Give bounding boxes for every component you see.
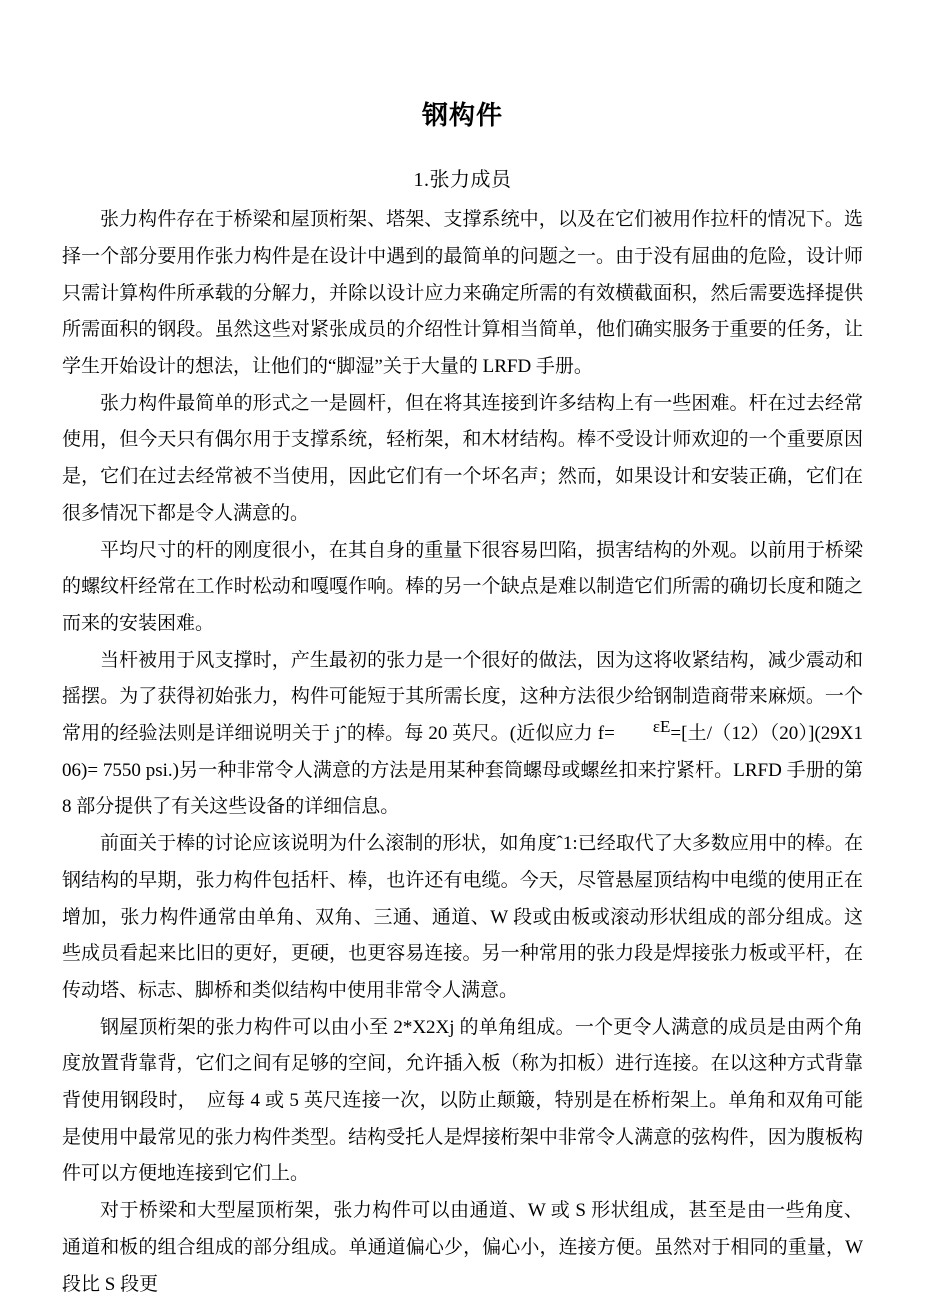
paragraph-2: 张力构件最简单的形式之一是圆杆，但在将其连接到许多结构上有一些困难。杆在过去经常… [62,386,863,533]
document-page: 钢构件 1.张力成员 张力构件存在于桥梁和屋顶桁架、塔架、支撑系统中，以及在它们… [0,0,925,1309]
paragraph-3: 平均尺寸的杆的刚度很小，在其自身的重量下很容易凹陷，损害结构的外观。以前用于桥梁… [62,533,863,643]
page-title: 钢构件 [62,0,863,132]
paragraph-4: 当杆被用于风支撑时，产生最初的张力是一个很好的做法，因为这将收紧结构，减少震动和… [62,643,863,827]
paragraph-5: 前面关于棒的讨论应该说明为什么滚制的形状，如角度ˆ1:已经取代了大多数应用中的棒… [62,826,863,1010]
section-heading: 1.张力成员 [62,168,863,192]
paragraph-6: 钢屋顶桁架的张力构件可以由小至 2*X2Xj 的单角组成。一个更令人满意的成员是… [62,1010,863,1194]
paragraph-7: 对于桥梁和大型屋顶桁架，张力构件可以由通道、W 或 S 形状组成，甚至是由一些角… [62,1193,863,1303]
paragraph-1: 张力构件存在于桥梁和屋顶桁架、塔架、支撑系统中，以及在它们被用作拉杆的情况下。选… [62,202,863,386]
document-body: 张力构件存在于桥梁和屋顶桁架、塔架、支撑系统中，以及在它们被用作拉杆的情况下。选… [62,202,863,1303]
